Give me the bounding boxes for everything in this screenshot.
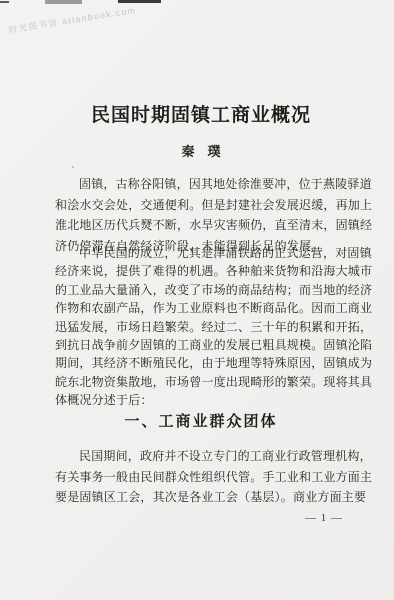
author-name: 秦 璞 bbox=[55, 141, 347, 160]
body-line: 体概况分述于后： bbox=[55, 391, 347, 409]
body-line: 经济来说，提供了难得的机遇。各种舶来货物和沿海大城市 bbox=[55, 262, 347, 280]
body-line: 到抗日战争前夕固镇的工商业的发展已粗具规模。固镇沦陷 bbox=[55, 336, 347, 354]
scan-speck bbox=[72, 166, 74, 168]
scan-artifact-bar bbox=[118, 0, 161, 3]
body-line: 民国期间，政府并不设立专门的工商业行政管理机构， bbox=[55, 446, 347, 467]
section-heading: 一、工商业群众团体 bbox=[55, 410, 347, 431]
body-line: 固镇，古称谷阳镇，因其地处徐淮要冲，位于燕陵驿道 bbox=[55, 174, 347, 195]
page-number: — 1 — bbox=[298, 512, 350, 524]
body-line: 有关事务一般由民间群众性组织代管。手工业和工业方面主 bbox=[55, 467, 347, 488]
scanned-document-page: 时光图书馆 atianbook.com 民国时期固镇工商业概况 秦 璞 固镇，古… bbox=[0, 0, 394, 600]
scan-artifact-bar bbox=[45, 0, 82, 4]
library-watermark: 时光图书馆 atianbook.com bbox=[8, 4, 137, 36]
paragraph-groups: 民国期间，政府并不设立专门的工商业行政管理机构， 有关事务一般由民间群众性组织代… bbox=[55, 446, 347, 508]
paragraph-republic-era: 中华民国的成立，尤其是津浦铁路的正式运营，对固镇 经济来说，提供了难得的机遇。各… bbox=[55, 244, 347, 410]
body-line: 迅猛发展，市场日趋繁荣。经过二、三十年的积累和开拓， bbox=[55, 318, 347, 336]
body-line: 皖东北物资集散地，市场曾一度出现畸形的繁荣。现将其具 bbox=[55, 373, 347, 391]
body-line: 期间，其经济不断殖民化，由于地理等特殊原因，固镇成为 bbox=[55, 354, 347, 372]
body-line: 和浍水交会处，交通便利。但是封建社会发展迟缓，再加上 bbox=[55, 195, 347, 216]
body-line: 淮北地区历代兵燹不断，水旱灾害频仍，直至清末，固镇经 bbox=[55, 215, 347, 236]
body-line: 要是固镇区工会，其次是各业工会（基层）。商业方面主要 bbox=[55, 487, 347, 508]
document-title: 民国时期固镇工商业概况 bbox=[55, 100, 347, 127]
body-line: 中华民国的成立，尤其是津浦铁路的正式运营，对固镇 bbox=[55, 244, 347, 262]
scan-artifact-bar bbox=[0, 1, 9, 3]
body-line: 的工业品大量涌入，改变了市场的商品结构；而当地的经济 bbox=[55, 281, 347, 299]
body-line: 作物和农副产品，作为工业原料也不断商品化。因而工商业 bbox=[55, 299, 347, 317]
